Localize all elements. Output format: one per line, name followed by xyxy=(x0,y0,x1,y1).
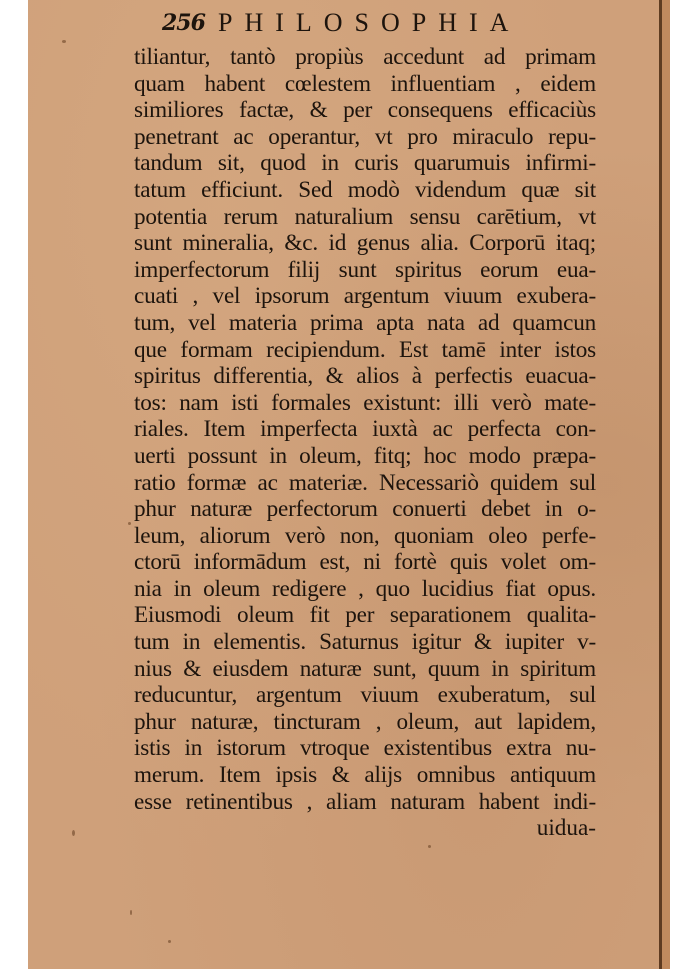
text-line: spiritus differentia, & alios à perfecti… xyxy=(134,363,596,390)
text-line: sunt mineralia, &c. id genus alia. Corpo… xyxy=(134,230,596,257)
text-line: imperfectorum filij sunt spiritus eorum … xyxy=(134,257,596,284)
text-line: nius & eiusdem naturæ sunt, quum in spir… xyxy=(134,656,596,683)
text-line: reducuntur, argentum viuum exuberatum, s… xyxy=(134,682,596,709)
paper-speck xyxy=(128,522,131,525)
text-line: riales. Item imperfecta iuxtà ac perfect… xyxy=(134,416,596,443)
text-line: tos: nam isti formales existunt: illi ve… xyxy=(134,390,596,417)
text-line: quam habent cœlestem influentiam , eidem xyxy=(134,71,596,98)
text-line: phur naturæ perfectorum conuerti debet i… xyxy=(134,496,596,523)
paper-speck xyxy=(72,830,75,836)
text-line: similiores factæ, & per consequens effic… xyxy=(134,97,596,124)
text-line: tandum sit, quod in curis quarumuis infi… xyxy=(134,150,596,177)
text-line: Eiusmodi oleum fit per separationem qual… xyxy=(134,602,596,629)
body-text: tiliantur, tantò propiùs accedunt ad pri… xyxy=(134,44,596,842)
text-line: uerti possunt in oleum, fitq; hoc modo p… xyxy=(134,443,596,470)
text-line: que formam recipiendum. Est tamē inter i… xyxy=(134,337,596,364)
page-gutter-edge xyxy=(662,0,670,969)
catchword: uidua- xyxy=(134,815,596,842)
text-line: tum, vel materia prima apta nata ad quam… xyxy=(134,310,596,337)
text-line: leum, aliorum verò non, quoniam oleo per… xyxy=(134,523,596,550)
text-line: ratio formæ ac materiæ. Necessariò quide… xyxy=(134,470,596,497)
text-line: tum in elementis. Saturnus igitur & iupi… xyxy=(134,629,596,656)
running-title: PHILOSOPHIA xyxy=(218,8,520,38)
text-line: phur naturæ, tincturam , oleum, aut lapi… xyxy=(134,709,596,736)
text-line: esse retinentibus , aliam naturam habent… xyxy=(134,789,596,816)
text-line: merum. Item ipsis & alijs omnibus antiqu… xyxy=(134,762,596,789)
text-line: penetrant ac operantur, vt pro miraculo … xyxy=(134,124,596,151)
text-line: ctorū informādum est, ni fortè quis vole… xyxy=(134,549,596,576)
paper-speck xyxy=(62,40,66,43)
text-line: tatum efficiunt. Sed modò videndum quæ s… xyxy=(134,177,596,204)
text-line: potentia rerum naturalium sensu carētium… xyxy=(134,204,596,231)
paper-speck xyxy=(168,940,171,943)
text-line: istis in istorum vtroque existentibus ex… xyxy=(134,735,596,762)
text-line: cuati , vel ipsorum argentum viuum exube… xyxy=(134,283,596,310)
text-line: nia in oleum redigere , quo lucidius fia… xyxy=(134,576,596,603)
page-number: 256 xyxy=(162,10,205,36)
running-header: 256 PHILOSOPHIA xyxy=(162,6,632,42)
paper-speck xyxy=(130,910,132,915)
paper-speck xyxy=(428,845,431,848)
text-line: tiliantur, tantò propiùs accedunt ad pri… xyxy=(134,44,596,71)
